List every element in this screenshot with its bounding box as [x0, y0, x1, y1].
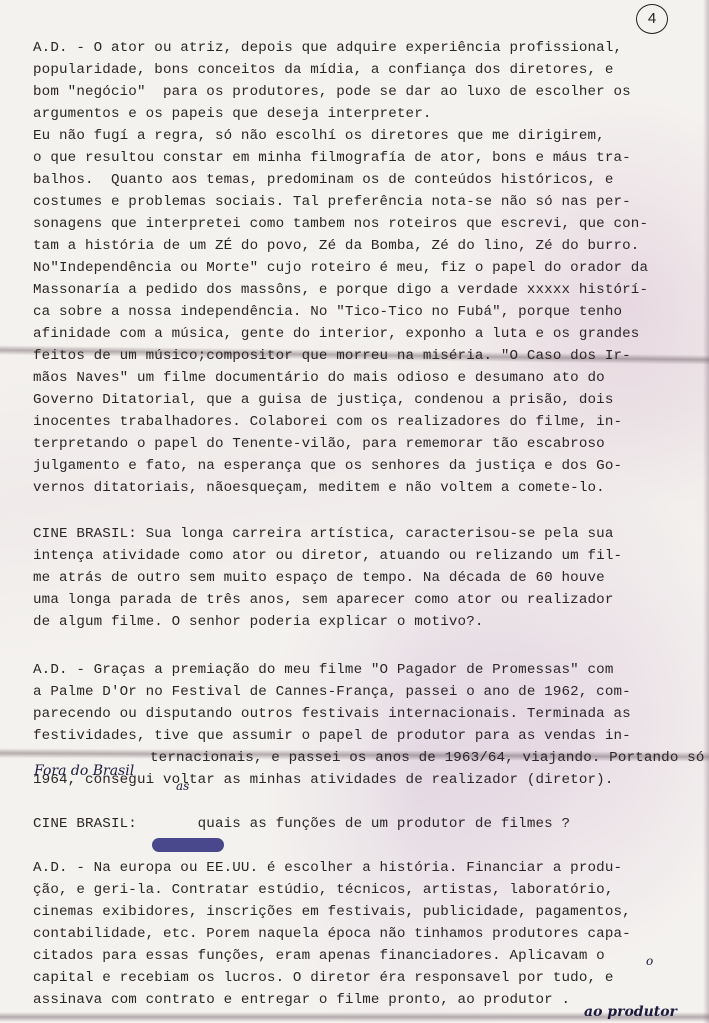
paper-edge-shadow [703, 0, 709, 1023]
text-line: parecendo ou disputando outros festivais… [33, 704, 631, 724]
text-line: mãos Naves" um filme documentário do mai… [33, 368, 605, 388]
page-number: 4 [636, 4, 668, 34]
text-line: terpretando o papel do Tenente-vilão, pa… [33, 434, 605, 454]
text-line: inocentes trabalhadores. Colaborei com o… [33, 412, 622, 432]
text-line: A.D. - Na europa ou EE.UU. é escolher a … [33, 858, 622, 878]
text-line: citados para essas funções, eram apenas … [33, 946, 605, 966]
text-line: bom "negócio" para os produtores, pode s… [33, 82, 631, 102]
text-line: ção, e geri-la. Contratar estúdio, técni… [33, 880, 613, 900]
text-line: CINE BRASIL: Sua longa carreira artístic… [33, 524, 613, 544]
text-line: julgamento e fato, na esperança que os s… [33, 456, 622, 476]
text-line: festividades, tive que assumir o papel d… [33, 726, 631, 746]
text-line: costumes e problemas sociais. Tal prefer… [33, 192, 631, 212]
text-line: Massonaría a pedido dos massôns, e porqu… [33, 280, 648, 300]
text-line: a Palme D'Or no Festival de Cannes-Franç… [33, 682, 631, 702]
text-line: cinemas exibidores, inscrições em festiv… [33, 902, 631, 922]
handwritten-insertion: Fora do Brasil [34, 763, 134, 779]
handwritten-insertion: o [646, 954, 653, 968]
text-line: A.D. - Graças a premiação do meu filme "… [33, 660, 613, 680]
handwritten-insertion: as [176, 779, 189, 793]
text-line: A.D. - O ator ou atriz, depois que adqui… [33, 38, 622, 58]
text-line: contabilidade, etc. Porem naquela época … [33, 924, 631, 944]
ink-scribble-redaction [152, 838, 224, 852]
text-line: popularidade, bons conceitos da mídia, a… [33, 60, 613, 80]
text-line: intença atividade como ator ou diretor, … [33, 546, 622, 566]
text-line: balhos. Quanto aos temas, predominam os … [33, 170, 613, 190]
text-line: afinidade com a música, gente do interio… [33, 324, 639, 344]
text-line: capital e recebiam os lucros. O diretor … [33, 968, 613, 988]
text-line: me atrás de outro sem muito espaço de te… [33, 568, 605, 588]
text-line: ca sobre a nossa independência. No "Tico… [33, 302, 622, 322]
text-line: uma longa parada de três anos, sem apare… [33, 590, 613, 610]
text-line: argumentos e os papeis que deseja interp… [33, 104, 432, 124]
text-line: ternacionais, e passei os anos de 1963/6… [150, 748, 709, 768]
text-line: assinava com contrato e entregar o filme… [33, 990, 570, 1010]
text-line: feitos de um músico;compositor que morre… [33, 346, 631, 366]
text-line: de algum filme. O senhor poderia explica… [33, 612, 484, 632]
text-line: No"Independência ou Morte" cujo roteiro … [33, 258, 648, 278]
text-line: o que resultou constar em minha filmogra… [33, 148, 631, 168]
text-line: tam a história de um ZÉ do povo, Zé da B… [33, 236, 639, 256]
text-line: vernos ditatoriais, nãoesqueçam, meditem… [33, 478, 605, 498]
text-line: Governo Ditatorial, que a guisa de justi… [33, 390, 613, 410]
handwritten-insertion: ao produtor [584, 1004, 677, 1020]
text-line: sonagens que interpretei como tambem nos… [33, 214, 648, 234]
text-line: CINE BRASIL: quais as funções de um prod… [33, 814, 570, 834]
text-line: Eu não fugí a regra, só não escolhí os d… [33, 126, 605, 146]
